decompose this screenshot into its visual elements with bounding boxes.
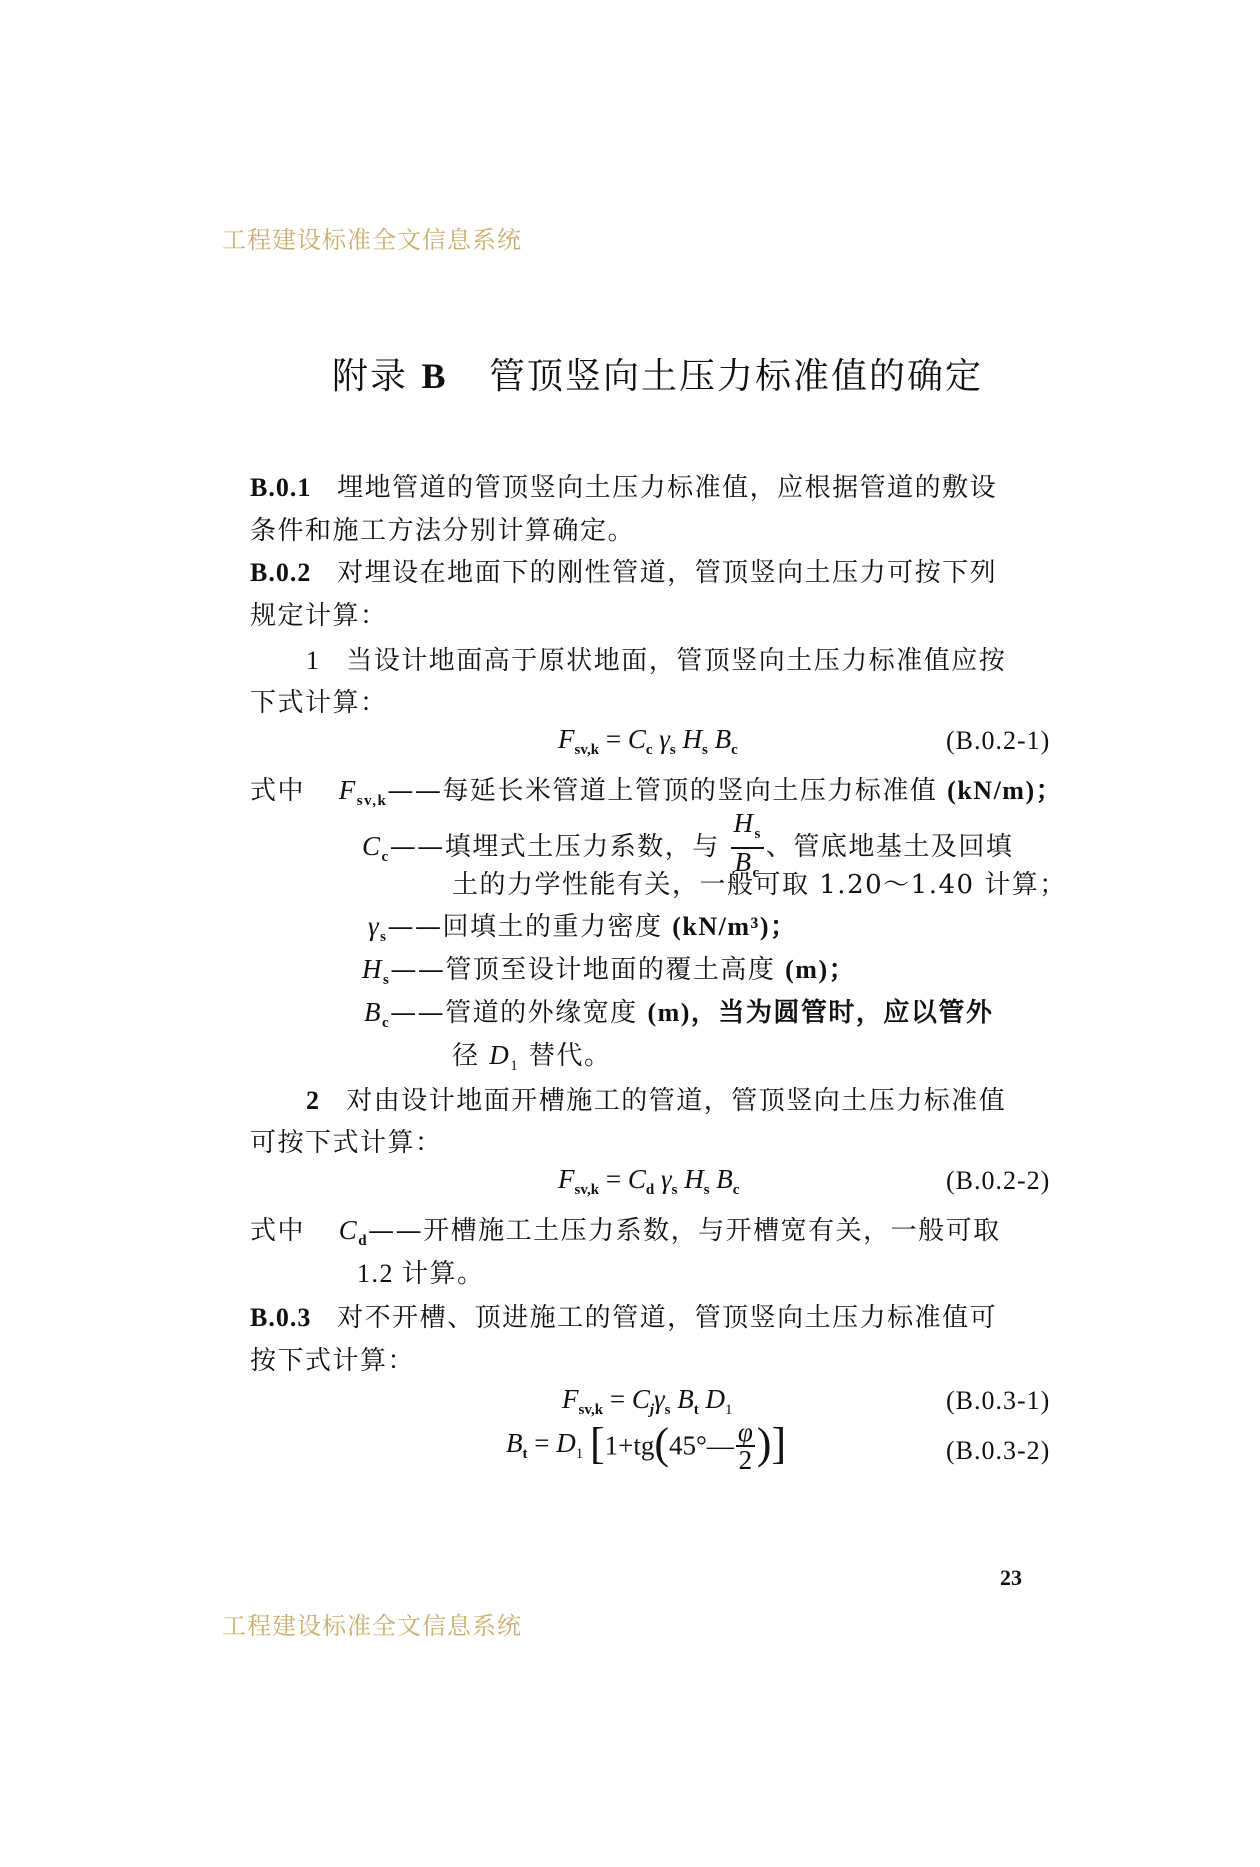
item2-line1: 2 对由设计地面开槽施工的管道，管顶竖向土压力标准值: [306, 1080, 1006, 1117]
symbol: Hs: [362, 954, 390, 984]
clause-number: B.0.3: [250, 1303, 311, 1332]
equation-number: (B.0.3-2): [946, 1436, 1050, 1466]
clause-text: 对埋设在地面下的刚性管道，管顶竖向土压力可按下列: [337, 558, 997, 588]
formula-b022: Fsv,k = Cd γs Hs Bc: [558, 1164, 739, 1199]
footer-watermark: 工程建设标准全文信息系统: [222, 1606, 522, 1641]
def-unit: (m)；: [785, 955, 856, 984]
def-text: 1.2 计算。: [357, 1259, 485, 1288]
clause-text: 对不开槽、顶进施工的管道，管顶竖向土压力标准值可: [337, 1303, 997, 1333]
symbol: Cc: [362, 831, 390, 861]
item-number: 2: [306, 1086, 321, 1115]
clause-b03-line2: 按下式计算：: [250, 1340, 415, 1377]
symbol: Bc: [364, 997, 390, 1027]
item-text: 对由设计地面开槽施工的管道，管顶竖向土压力标准值: [346, 1086, 1006, 1116]
right-bracket: ]: [771, 1419, 786, 1468]
where-def-hs: Hs——管顶至设计地面的覆土高度 (m)；: [362, 949, 856, 989]
where-def-bc: Bc——管道的外缘宽度 (m)，当为圆管时，应以管外: [364, 992, 993, 1032]
where-def-cd: 式中 Cd——开槽施工土压力系数，与开槽宽有关，一般可取: [250, 1210, 1001, 1250]
item2-line2: 可按下式计算：: [250, 1122, 443, 1159]
clause-number: B.0.2: [250, 558, 311, 587]
symbol: γs: [368, 911, 387, 941]
symbol: D1: [489, 1040, 519, 1070]
clause-b01-line1: B.0.1 埋地管道的管顶竖向土压力标准值，应根据管道的敷设: [250, 467, 997, 504]
page-title: 附录 B 管顶竖向土压力标准值的确定: [332, 348, 983, 399]
where-def-gamma: γs——回填土的重力密度 (kN/m³)；: [368, 906, 798, 946]
def-text: 径: [452, 1041, 480, 1071]
clause-number: B.0.1: [250, 473, 311, 502]
item1-line2: 下式计算：: [250, 682, 388, 719]
def-text: ——填埋式土压力系数，与: [390, 832, 720, 862]
def-unit: (m)，当为圆管时，应以管外: [647, 998, 993, 1027]
def-text: ——管道的外缘宽度: [390, 998, 638, 1028]
right-paren: ): [757, 1419, 772, 1468]
def-text: ——开槽施工土压力系数，与开槽宽有关，一般可取: [368, 1216, 1001, 1246]
clause-b02-line2: 规定计算：: [250, 595, 388, 632]
where-def-cd-cont: 1.2 计算。: [357, 1253, 485, 1290]
equation-number: (B.0.3-1): [946, 1386, 1050, 1416]
clause-b01-line2: 条件和施工方法分别计算确定。: [250, 510, 635, 547]
where-lead: 式中: [250, 1216, 305, 1246]
def-text: ——管顶至设计地面的覆土高度: [390, 955, 775, 985]
left-bracket: [: [590, 1419, 605, 1468]
header-watermark: 工程建设标准全文信息系统: [222, 220, 522, 255]
def-text: 替代。: [529, 1041, 612, 1071]
item-number: 1: [306, 646, 321, 675]
item1-line1: 1 当设计地面高于原状地面，管顶竖向土压力标准值应按: [306, 640, 1006, 677]
def-text: ——每延长米管道上管顶的竖向土压力标准值: [387, 776, 937, 806]
symbol: Cd: [339, 1215, 368, 1245]
def-unit: (kN/m³)；: [672, 912, 797, 941]
where-lead: 式中: [250, 776, 305, 806]
page-number: 23: [1000, 1565, 1022, 1591]
equation-number: (B.0.2-2): [946, 1166, 1050, 1196]
item-text: 当设计地面高于原状地面，管顶竖向土压力标准值应按: [346, 646, 1006, 676]
clause-b03-line1: B.0.3 对不开槽、顶进施工的管道，管顶竖向土压力标准值可: [250, 1297, 997, 1334]
title-prefix: 附录: [332, 356, 408, 397]
where-def-fsvk: 式中 Fsv,k——每延长米管道上管顶的竖向土压力标准值 (kN/m)；: [250, 770, 1063, 810]
formula-b032: Bt = D1 [1+tg(45°—φ2)]: [506, 1418, 786, 1473]
equation-number: (B.0.2-1): [946, 726, 1050, 756]
where-def-bc-cont: 径 D1 替代。: [452, 1035, 612, 1075]
def-text: 、管底地基土及回填: [766, 832, 1014, 862]
def-text: ——回填土的重力密度: [387, 912, 662, 942]
left-paren: (: [654, 1419, 669, 1468]
formula-b021: Fsv,k = Cc γs Hs Bc: [558, 724, 738, 759]
symbol: Fsv,k: [339, 775, 388, 805]
clause-text: 埋地管道的管顶竖向土压力标准值，应根据管道的敷设: [337, 473, 997, 503]
def-unit: (kN/m)；: [947, 776, 1063, 805]
formula-b031: Fsv,k = Cjγs Bt D1: [562, 1384, 733, 1419]
title-text: 管顶竖向土压力标准值的确定: [489, 356, 983, 397]
clause-b02-line1: B.0.2 对埋设在地面下的刚性管道，管顶竖向土压力可按下列: [250, 552, 997, 589]
fraction-phi-2: φ2: [736, 1419, 755, 1473]
where-def-cc-cont: 土的力学性能有关，一般可取 1.20～1.40 计算；: [452, 864, 1067, 901]
title-letter: B: [421, 356, 447, 396]
